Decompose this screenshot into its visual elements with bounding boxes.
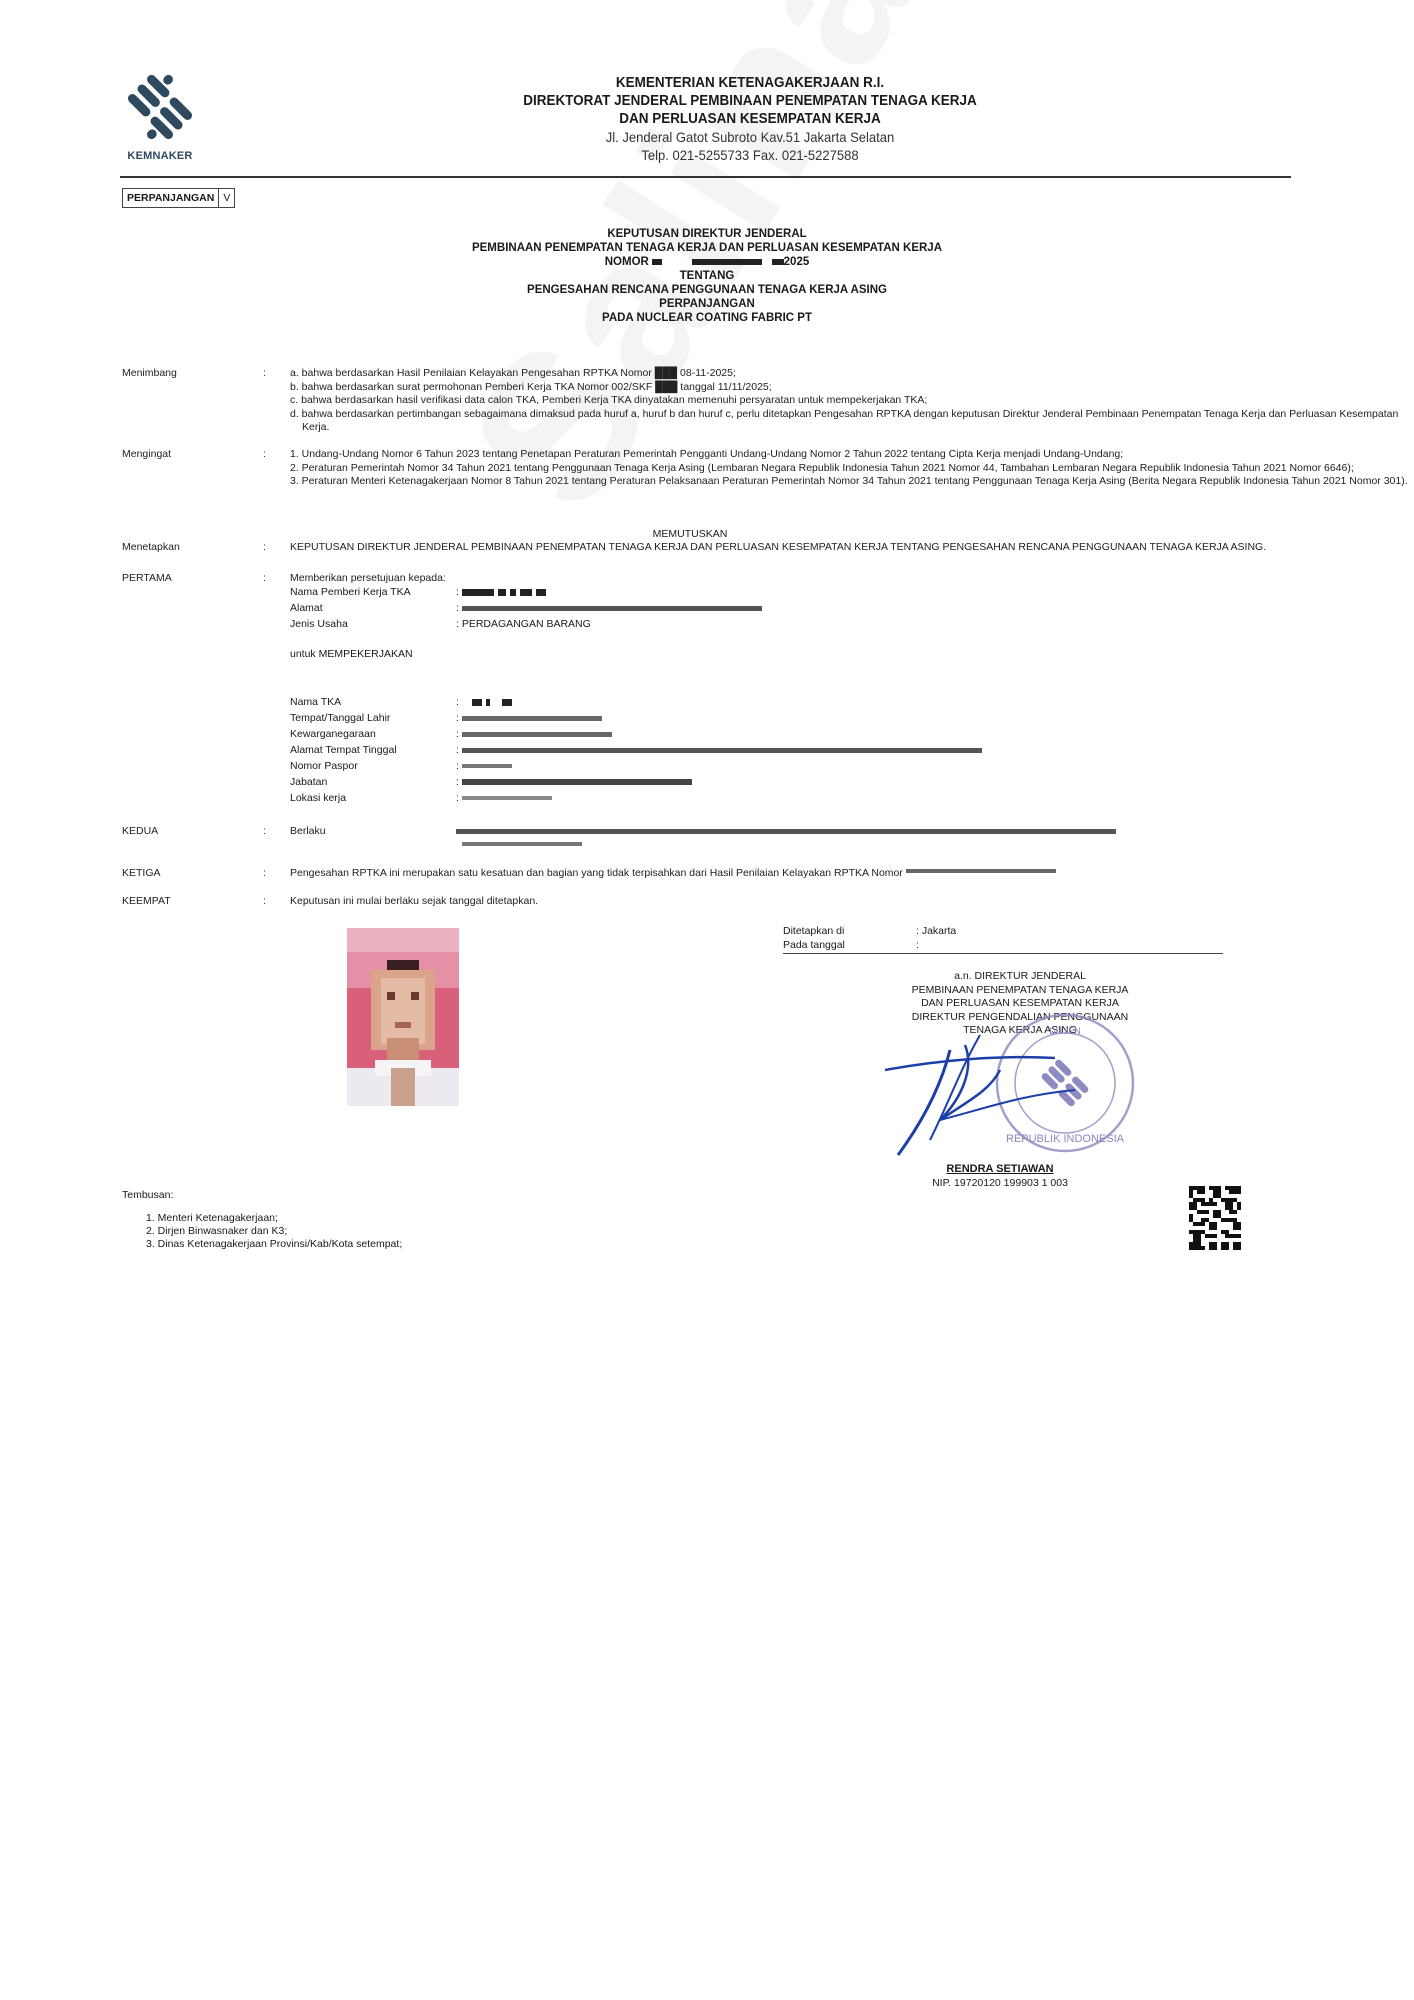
logo-text: KEMNAKER [122, 150, 198, 162]
consideration-item: a. bahwa berdasarkan Hasil Penilaian Kel… [290, 367, 1410, 381]
field-work-location: Lokasi kerja : [290, 790, 986, 806]
section-label: Mengingat [122, 448, 242, 462]
section-label: KEEMPAT [122, 895, 242, 909]
employer-fields: Nama Pemberi Kerja TKA : Alamat : Jenis … [290, 584, 766, 662]
tka-photo [347, 928, 459, 1106]
field-employer-address: Alamat : [290, 600, 766, 616]
untuk-mempekerjakan: untuk MEMPEKERJAKAN [290, 646, 766, 662]
title-line-7: PADA NUCLEAR COATING FABRIC PT [350, 311, 1064, 325]
header-divider [120, 176, 1291, 178]
redacted-block [510, 589, 516, 596]
doc-type-mark: V [218, 189, 234, 207]
title-line-6: PERPANJANGAN [350, 297, 1064, 311]
title-line-1: KEPUTUSAN DIREKTUR JENDERAL [350, 227, 1064, 241]
ministry-name: KEMENTERIAN KETENAGAKERJAAN R.I. [425, 74, 1076, 92]
redacted-block [462, 842, 582, 846]
redacted-block [462, 779, 692, 785]
redacted-block [462, 764, 512, 768]
tanggal-row: Pada tanggal : [783, 938, 1223, 952]
redacted-block [462, 716, 602, 721]
doc-type-label: PERPANJANGAN [123, 189, 218, 207]
memutuskan-heading: MEMUTUSKAN [540, 528, 840, 540]
tembusan-label: Tembusan: [122, 1189, 402, 1202]
signature-divider [783, 953, 1223, 954]
title-line-4: TENTANG [350, 269, 1064, 283]
handwritten-signature [880, 1030, 1080, 1160]
title-line-2: PEMBINAAN PENEMPATAN TENAGA KERJA DAN PE… [350, 241, 1064, 255]
redacted-block [772, 259, 784, 265]
signature-meta: Ditetapkan di : Jakarta Pada tanggal : [783, 924, 1223, 952]
redacted-block [472, 699, 482, 706]
kemnaker-emblem-icon [122, 68, 198, 146]
directorate-name: DIREKTORAT JENDERAL PEMBINAAN PENEMPATAN… [425, 92, 1076, 110]
kemnaker-logo: KEMNAKER [122, 68, 198, 164]
field-tka-name: Nama TKA : [290, 694, 986, 710]
legal-basis-item: 2. Peraturan Pemerintah Nomor 34 Tahun 2… [290, 462, 1410, 476]
consideration-item: c. bahwa berdasarkan hasil verifikasi da… [290, 394, 1410, 408]
cc-item: 2. Dirjen Binwasnaker dan K3; [146, 1225, 402, 1238]
section-label: KETIGA [122, 867, 242, 881]
menetapkan-text: KEPUTUSAN DIREKTUR JENDERAL PEMBINAAN PE… [290, 541, 1400, 555]
redacted-block [652, 259, 662, 265]
section-label: Menimbang [122, 367, 242, 381]
section-label: KEDUA [122, 825, 242, 839]
ketiga-text: Pengesahan RPTKA ini merupakan satu kesa… [290, 867, 1414, 881]
redacted-block [462, 732, 612, 737]
redacted-block [462, 796, 552, 800]
signature-icon [880, 1030, 1080, 1160]
address: Jl. Jenderal Gatot Subroto Kav.51 Jakart… [425, 128, 1076, 146]
field-nationality: Kewarganegaraan : [290, 726, 986, 742]
title-line-5: PENGESAHAN RENCANA PENGGUNAAN TENAGA KER… [350, 283, 1064, 297]
section-label: Menetapkan [122, 541, 242, 555]
phone: Telp. 021-5255733 Fax. 021-5227588 [425, 146, 1076, 164]
redacted-block [498, 589, 506, 596]
redacted-block [692, 259, 762, 265]
legal-basis-item: 3. Peraturan Menteri Ketenagakerjaan Nom… [290, 475, 1410, 489]
consideration-item: d. bahwa berdasarkan pertimbangan sebaga… [290, 408, 1410, 435]
redacted-block [462, 606, 762, 611]
redacted-block [536, 589, 546, 596]
tka-fields: Nama TKA : Tempat/Tanggal Lahir : Kewarg… [290, 694, 986, 806]
signatory-name: RENDRA SETIAWAN [880, 1163, 1120, 1175]
tembusan-section: Tembusan: 1. Menteri Ketenagakerjaan; 2.… [122, 1189, 402, 1251]
letterhead: KEMENTERIAN KETENAGAKERJAAN R.I. DIREKTO… [400, 74, 1100, 164]
decree-number: NOMOR 2025 [350, 255, 1064, 269]
qr-code-icon [1189, 1186, 1241, 1250]
field-business-type: Jenis Usaha : PERDAGANGAN BARANG [290, 616, 766, 632]
consideration-item: b. bahwa berdasarkan surat permohonan Pe… [290, 381, 1410, 395]
field-employer-name: Nama Pemberi Kerja TKA : [290, 584, 766, 600]
verification-qr-code[interactable] [1189, 1186, 1241, 1250]
redacted-block [462, 589, 494, 596]
ditetapkan-row: Ditetapkan di : Jakarta [783, 924, 1223, 938]
field-residence: Alamat Tempat Tinggal : [290, 742, 986, 758]
pixelated-portrait-icon [347, 928, 459, 1106]
cc-item: 3. Dinas Ketenagakerjaan Provinsi/Kab/Ko… [146, 1238, 402, 1251]
keempat-text: Keputusan ini mulai berlaku sejak tangga… [290, 895, 1414, 909]
cc-item: 1. Menteri Ketenagakerjaan; [146, 1212, 402, 1225]
redacted-block [456, 829, 1116, 834]
doc-type-box: PERPANJANGAN V [122, 188, 235, 208]
signatory-nip: NIP. 19720120 199903 1 003 [880, 1177, 1120, 1189]
field-passport: Nomor Paspor : [290, 758, 986, 774]
field-birth: Tempat/Tanggal Lahir : [290, 710, 986, 726]
redacted-block [462, 748, 982, 753]
section-label: PERTAMA [122, 572, 242, 586]
legal-basis-item: 1. Undang-Undang Nomor 6 Tahun 2023 tent… [290, 448, 1410, 462]
directorate-name-2: DAN PERLUASAN KESEMPATAN KERJA [425, 110, 1076, 128]
redacted-block [906, 869, 1056, 873]
field-position: Jabatan : [290, 774, 986, 790]
decree-title: KEPUTUSAN DIREKTUR JENDERAL PEMBINAAN PE… [350, 227, 1064, 325]
document-page: Salinan KEMNAKER KEMENTERIAN KETENAGAKER… [0, 0, 1414, 2000]
redacted-block [520, 589, 532, 596]
